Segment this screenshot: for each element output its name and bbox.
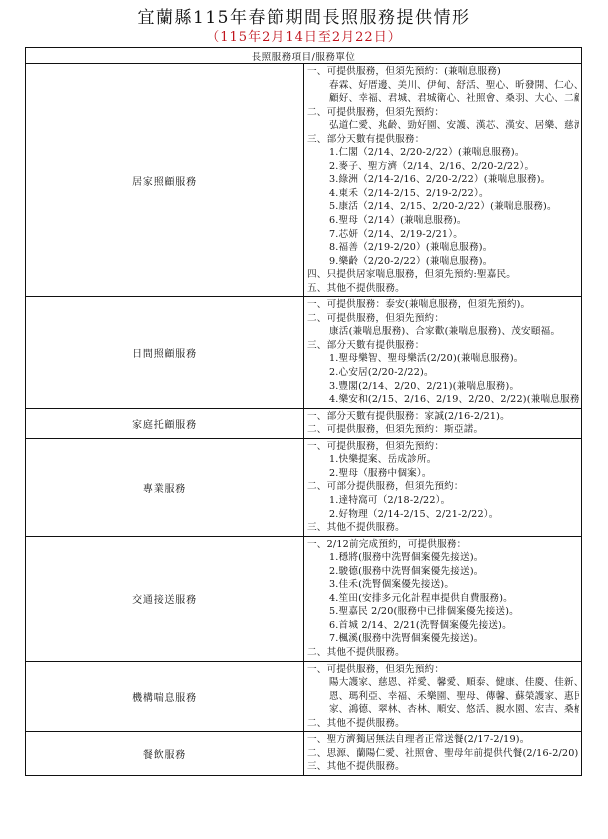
table-row: 家庭托顧服務一、部分天數有提供服務：家誠(2/16-2/21)。二、可提供服務，… [26, 408, 582, 438]
list-item: 4.笙田(安排多元化計程車提供自費服務)。 [307, 592, 579, 606]
section-heading: 二、其他不提供服務。 [307, 646, 579, 660]
service-details: 一、可提供服務，但須先預約：1.快樂提案、岳成診所。2.聖母（服務中個案）。二、… [304, 438, 582, 536]
list-item: 弘道仁愛、兆齡、勁好園、安護、漢芯、漢安、居樂、慈濟。 [307, 119, 579, 133]
service-table: 長照服務項目/服務單位 居家照顧服務一、可提供服務，但須先預約：(兼喘息服務)春… [25, 47, 582, 776]
section-heading: 一、部分天數有提供服務：家誠(2/16-2/21)。 [307, 410, 579, 424]
list-item: 6.首城 2/14、2/21(洗腎個案優先接送)。 [307, 619, 579, 633]
service-category: 餐飲服務 [26, 732, 304, 776]
section-heading: 五、其他不提供服務。 [307, 282, 579, 296]
list-item: 7.楓溪(服務中洗腎個案優先接送)。 [307, 632, 579, 646]
table-row: 居家照顧服務一、可提供服務，但須先預約：(兼喘息服務)春霖、好厝邊、美川、伊甸、… [26, 64, 582, 297]
list-item: 2.聖母（服務中個案）。 [307, 467, 579, 481]
list-item: 5.康活（2/14、2/15、2/20-2/22）(兼喘息服務)。 [307, 200, 579, 214]
section-heading: 一、可提供服務：泰安(兼喘息服務，但須先預約)。 [307, 298, 579, 312]
list-item: 2.心安居(2/20-2/22)。 [307, 366, 579, 380]
table-row: 交通接送服務一、2/12前完成預約，可提供服務：1.穩將(服務中洗腎個案優先接送… [26, 536, 582, 661]
service-category: 機構喘息服務 [26, 661, 304, 732]
service-category: 專業服務 [26, 438, 304, 536]
service-details: 一、可提供服務：泰安(兼喘息服務，但須先預約)。二、可提供服務，但須先預約：康活… [304, 297, 582, 408]
section-heading: 三、部分天數有提供服務： [307, 133, 579, 147]
list-item: 1.快樂提案、岳成診所。 [307, 453, 579, 467]
list-item: 顧好、幸福、君城、君城衛心、社照會、桑羽、大心、二顧、上暘。 [307, 92, 579, 106]
list-item: 5.聖嘉民 2/20(服務中已排個案優先接送)。 [307, 605, 579, 619]
section-heading: 二、可部分提供服務，但須先預約： [307, 480, 579, 494]
section-heading: 三、其他不提供服務。 [307, 521, 579, 535]
section-heading: 一、可提供服務，但須先預約：(兼喘息服務) [307, 65, 579, 79]
service-details: 一、聖方濟獨居無法自理者正常送餐(2/17-2/19)。二、思源、蘭陽仁愛、社照… [304, 732, 582, 776]
table-header-row: 長照服務項目/服務單位 [26, 48, 582, 64]
list-item: 3.綠洲（2/14-2/16、2/20-2/22）(兼喘息服務)。 [307, 173, 579, 187]
section-heading: 二、可提供服務，但須先預約： [307, 312, 579, 326]
service-details: 一、可提供服務，但須先預約：陽大護家、慈恩、祥愛、馨愛、順泰、健康、佳慶、佳新、… [304, 661, 582, 732]
service-category: 交通接送服務 [26, 536, 304, 661]
table-row: 機構喘息服務一、可提供服務，但須先預約：陽大護家、慈恩、祥愛、馨愛、順泰、健康、… [26, 661, 582, 732]
service-category: 居家照顧服務 [26, 64, 304, 297]
document-title: 宜蘭縣115年春節期間長照服務提供情形 [0, 8, 608, 28]
section-heading: 四、只提供居家喘息服務，但須先預約:聖嘉民。 [307, 268, 579, 282]
section-heading: 一、2/12前完成預約，可提供服務： [307, 538, 579, 552]
list-item: 8.福善（2/19-2/20）(兼喘息服務)。 [307, 241, 579, 255]
list-item: 1.仁閣（2/14、2/20-2/22）(兼喘息服務)。 [307, 146, 579, 160]
list-item: 春霖、好厝邊、美川、伊甸、舒活、聖心、昕發開、仁心、惠眾、聖嘉民、互廷、 [307, 79, 579, 93]
list-item: 4.東禾（2/14-2/15、2/19-2/22）。 [307, 187, 579, 201]
table-row: 專業服務一、可提供服務，但須先預約：1.快樂提案、岳成診所。2.聖母（服務中個案… [26, 438, 582, 536]
section-heading: 二、思源、蘭陽仁愛、社照會、聖母年前提供代餐(2/16-2/20)。 [307, 747, 579, 761]
section-heading: 二、可提供服務，但須先預約：斯亞諾。 [307, 423, 579, 437]
list-item: 2.駿德(服務中洗腎個案優先接送)。 [307, 565, 579, 579]
list-item: 1.聖母樂智、聖母樂活(2/20)(兼喘息服務)。 [307, 352, 579, 366]
service-category: 日間照顧服務 [26, 297, 304, 408]
table-row: 餐飲服務一、聖方濟獨居無法自理者正常送餐(2/17-2/19)。二、思源、蘭陽仁… [26, 732, 582, 776]
list-item: 6.聖母（2/14）(兼喘息服務)。 [307, 214, 579, 228]
service-details: 一、部分天數有提供服務：家誠(2/16-2/21)。二、可提供服務，但須先預約：… [304, 408, 582, 438]
service-category: 家庭托顧服務 [26, 408, 304, 438]
list-item: 7.芯妍（2/14、2/19-2/21）。 [307, 228, 579, 242]
list-item: 9.樂齡（2/20-2/22）(兼喘息服務)。 [307, 255, 579, 269]
table-row: 日間照顧服務一、可提供服務：泰安(兼喘息服務，但須先預約)。二、可提供服務，但須… [26, 297, 582, 408]
list-item: 恩、瑪利亞、幸福、禾樂園、聖母、傳馨、蘇榮護家、惠民、竹林、嗣大人、員山護 [307, 690, 579, 704]
section-heading: 二、可提供服務，但須先預約： [307, 106, 579, 120]
section-heading: 一、聖方濟獨居無法自理者正常送餐(2/17-2/19)。 [307, 733, 579, 747]
list-item: 2.麥子、聖方濟（2/14、2/16、2/20-2/22）。 [307, 160, 579, 174]
list-item: 康活(兼喘息服務)、合家歡(兼喘息服務)、茂安頤福。 [307, 325, 579, 339]
section-heading: 二、其他不提供服務。 [307, 717, 579, 731]
list-item: 4.樂安和(2/15、2/16、2/19、2/20、2/22)(兼喘息服務)。 [307, 393, 579, 407]
list-item: 3.佳禾(洗腎個案優先接送)。 [307, 578, 579, 592]
list-item: 1.達特窩可（2/18-2/22）。 [307, 494, 579, 508]
list-item: 家、鴻德、翠林、杏林、順安、悠活、親水園、宏吉、桑榆、聖嘉民、安親、廣親。 [307, 703, 579, 717]
list-item: 3.豐閣(2/14、2/20、2/21)(兼喘息服務)。 [307, 380, 579, 394]
section-heading: 三、其他不提供服務。 [307, 760, 579, 774]
list-item: 1.穩將(服務中洗腎個案優先接送)。 [307, 551, 579, 565]
section-heading: 一、可提供服務，但須先預約： [307, 440, 579, 454]
section-heading: 三、部分天數有提供服務： [307, 339, 579, 353]
document-date-range: （115年2月14日至2月22日） [0, 30, 608, 46]
service-details: 一、可提供服務，但須先預約：(兼喘息服務)春霖、好厝邊、美川、伊甸、舒活、聖心、… [304, 64, 582, 297]
section-heading: 一、可提供服務，但須先預約： [307, 663, 579, 677]
list-item: 2.好物理（2/14-2/15、2/21-2/22）。 [307, 508, 579, 522]
list-item: 陽大護家、慈恩、祥愛、馨愛、順泰、健康、佳慶、佳新、祥泰、溫馨居、萬安、感 [307, 676, 579, 690]
service-details: 一、2/12前完成預約，可提供服務：1.穩將(服務中洗腎個案優先接送)。2.駿德… [304, 536, 582, 661]
table-header: 長照服務項目/服務單位 [26, 48, 582, 64]
